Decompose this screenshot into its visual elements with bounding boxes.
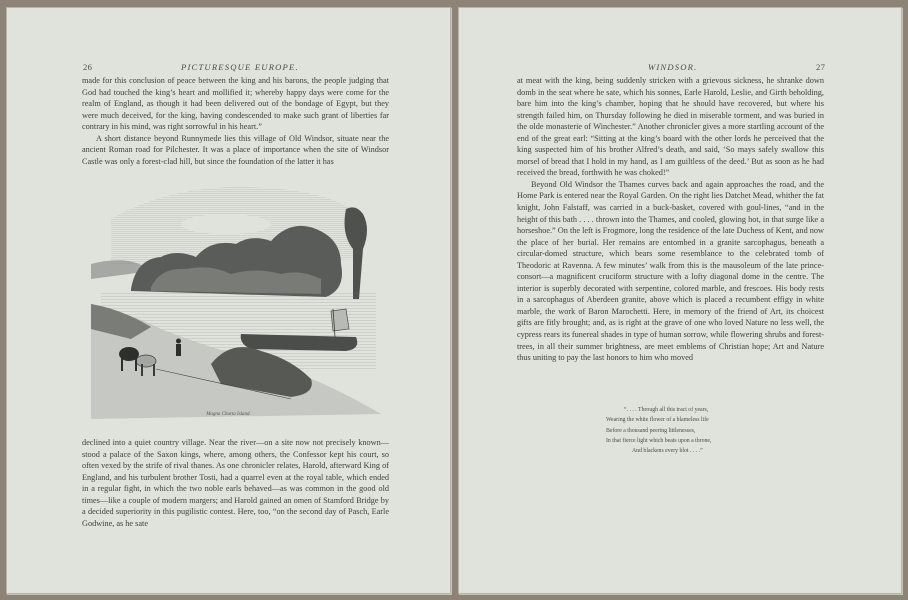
- paragraph: at meat with the king, being suddenly st…: [517, 75, 824, 179]
- poem-quotation: “. . . . Through all this tract of years…: [606, 405, 711, 456]
- illustration-caption: Magna Charta Island.: [6, 412, 451, 417]
- running-head-title-right: WINDSOR.: [648, 62, 697, 72]
- page-number-right: 27: [816, 62, 825, 72]
- right-text: at meat with the king, being suddenly st…: [517, 75, 824, 364]
- page-number-left: 26: [83, 62, 92, 72]
- paragraph: made for this conclusion of peace betwee…: [82, 75, 389, 133]
- engraving-illustration: [91, 179, 381, 419]
- paragraph: Beyond Old Windsor the Thames curves bac…: [517, 179, 824, 364]
- poem-line: And blackens every blot . . . .”: [606, 446, 711, 456]
- left-text-top: made for this conclusion of peace betwee…: [82, 75, 389, 167]
- paragraph: declined into a quiet country village. N…: [82, 437, 389, 529]
- poem-line: In that fierce light which beats upon a …: [606, 436, 711, 446]
- poem-line: “. . . . Through all this tract of years…: [606, 405, 711, 415]
- paragraph: A short distance beyond Runnymede lies t…: [82, 133, 389, 168]
- running-head-title-left: PICTURESQUE EUROPE.: [181, 62, 299, 72]
- right-page: WINDSOR. 27 at meat with the king, being…: [458, 7, 902, 594]
- poem-line: Before a thousand peering littlenesses,: [606, 426, 711, 436]
- left-page: 26 PICTURESQUE EUROPE. made for this con…: [6, 7, 451, 594]
- poem-line: Wearing the white flower of a blameless …: [606, 415, 711, 425]
- left-text-bottom: declined into a quiet country village. N…: [82, 437, 389, 529]
